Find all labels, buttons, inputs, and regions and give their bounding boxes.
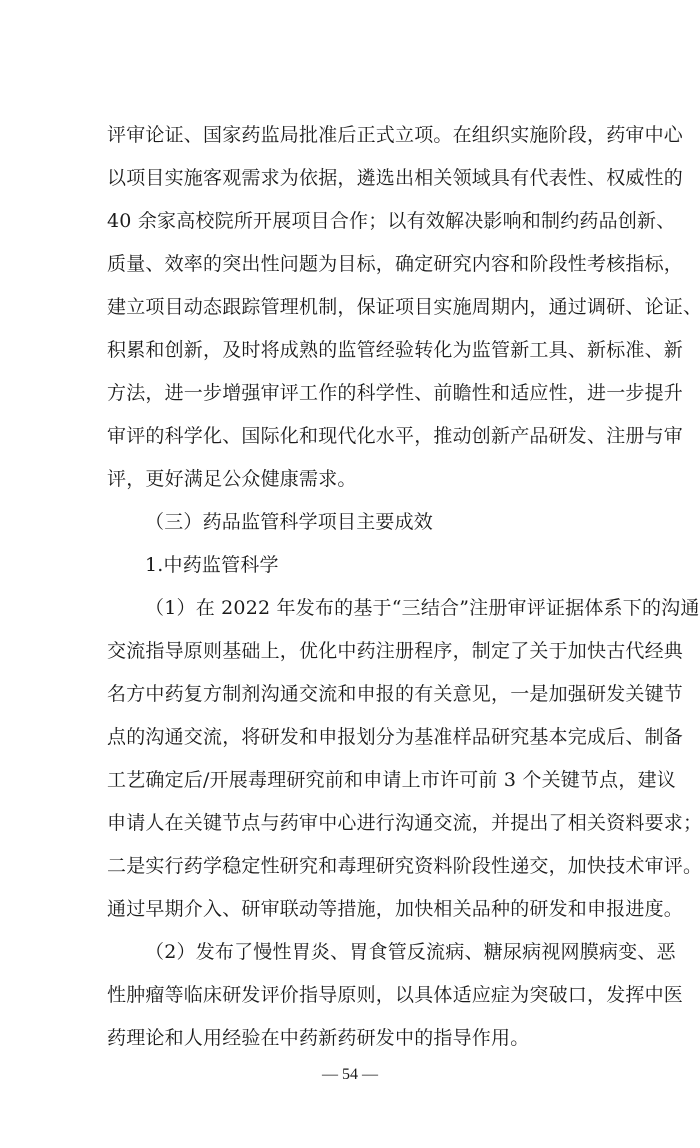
text-line: （1）在 2022 年发布的基于“三结合”注册审评证据体系下的沟通	[145, 593, 595, 623]
text-line: 积累和创新，及时将成熟的监管经验转化为监管新工具、新标准、新	[107, 335, 595, 365]
text-line: 审评的科学化、国际化和现代化水平，推动创新产品研发、注册与审	[107, 421, 595, 451]
text-line: 工艺确定后/开展毒理研究前和申请上市许可前 3 个关键节点，建议	[107, 765, 595, 795]
text-line: 申请人在关键节点与药审中心进行沟通交流，并提出了相关资料要求；	[107, 808, 595, 838]
text-line: 以项目实施客观需求为依据，遴选出相关领域具有代表性、权威性的	[107, 163, 595, 193]
text-line: （2）发布了慢性胃炎、胃食管反流病、糖尿病视网膜病变、恶	[145, 937, 595, 967]
text-line: 评审论证、国家药监局批准后正式立项。在组织实施阶段，药审中心	[107, 120, 595, 150]
text-line: 通过早期介入、研审联动等措施，加快相关品种的研发和申报进度。	[107, 894, 595, 924]
text-line: 性肿瘤等临床研发评价指导原则，以具体适应症为突破口，发挥中医	[107, 980, 595, 1010]
text-line: 交流指导原则基础上，优化中药注册程序，制定了关于加快古代经典	[107, 636, 595, 666]
subsection-heading: 1.中药监管科学	[145, 550, 595, 580]
text-line: 评，更好满足公众健康需求。	[107, 464, 595, 494]
text-line: 二是实行药学稳定性研究和毒理研究资料阶段性递交，加快技术审评。	[107, 851, 595, 881]
text-line: 名方中药复方制剂沟通交流和申报的有关意见，一是加强研发关键节	[107, 679, 595, 709]
text-line: 质量、效率的突出性问题为目标，确定研究内容和阶段性考核指标，	[107, 249, 595, 279]
section-heading: （三）药品监管科学项目主要成效	[145, 507, 595, 537]
document-page: 评审论证、国家药监局批准后正式立项。在组织实施阶段，药审中心 以项目实施客观需求…	[0, 0, 700, 1148]
text-line: 建立项目动态跟踪管理机制，保证项目实施周期内，通过调研、论证、	[107, 292, 595, 322]
text-line: 40 余家高校院所开展项目合作；以有效解决影响和制约药品创新、	[107, 206, 595, 236]
page-number: — 54 —	[0, 1066, 700, 1084]
text-line: 方法，进一步增强审评工作的科学性、前瞻性和适应性，进一步提升	[107, 378, 595, 408]
text-line: 点的沟通交流，将研发和申报划分为基准样品研究基本完成后、制备	[107, 722, 595, 752]
text-line: 药理论和人用经验在中药新药研发中的指导作用。	[107, 1023, 595, 1053]
